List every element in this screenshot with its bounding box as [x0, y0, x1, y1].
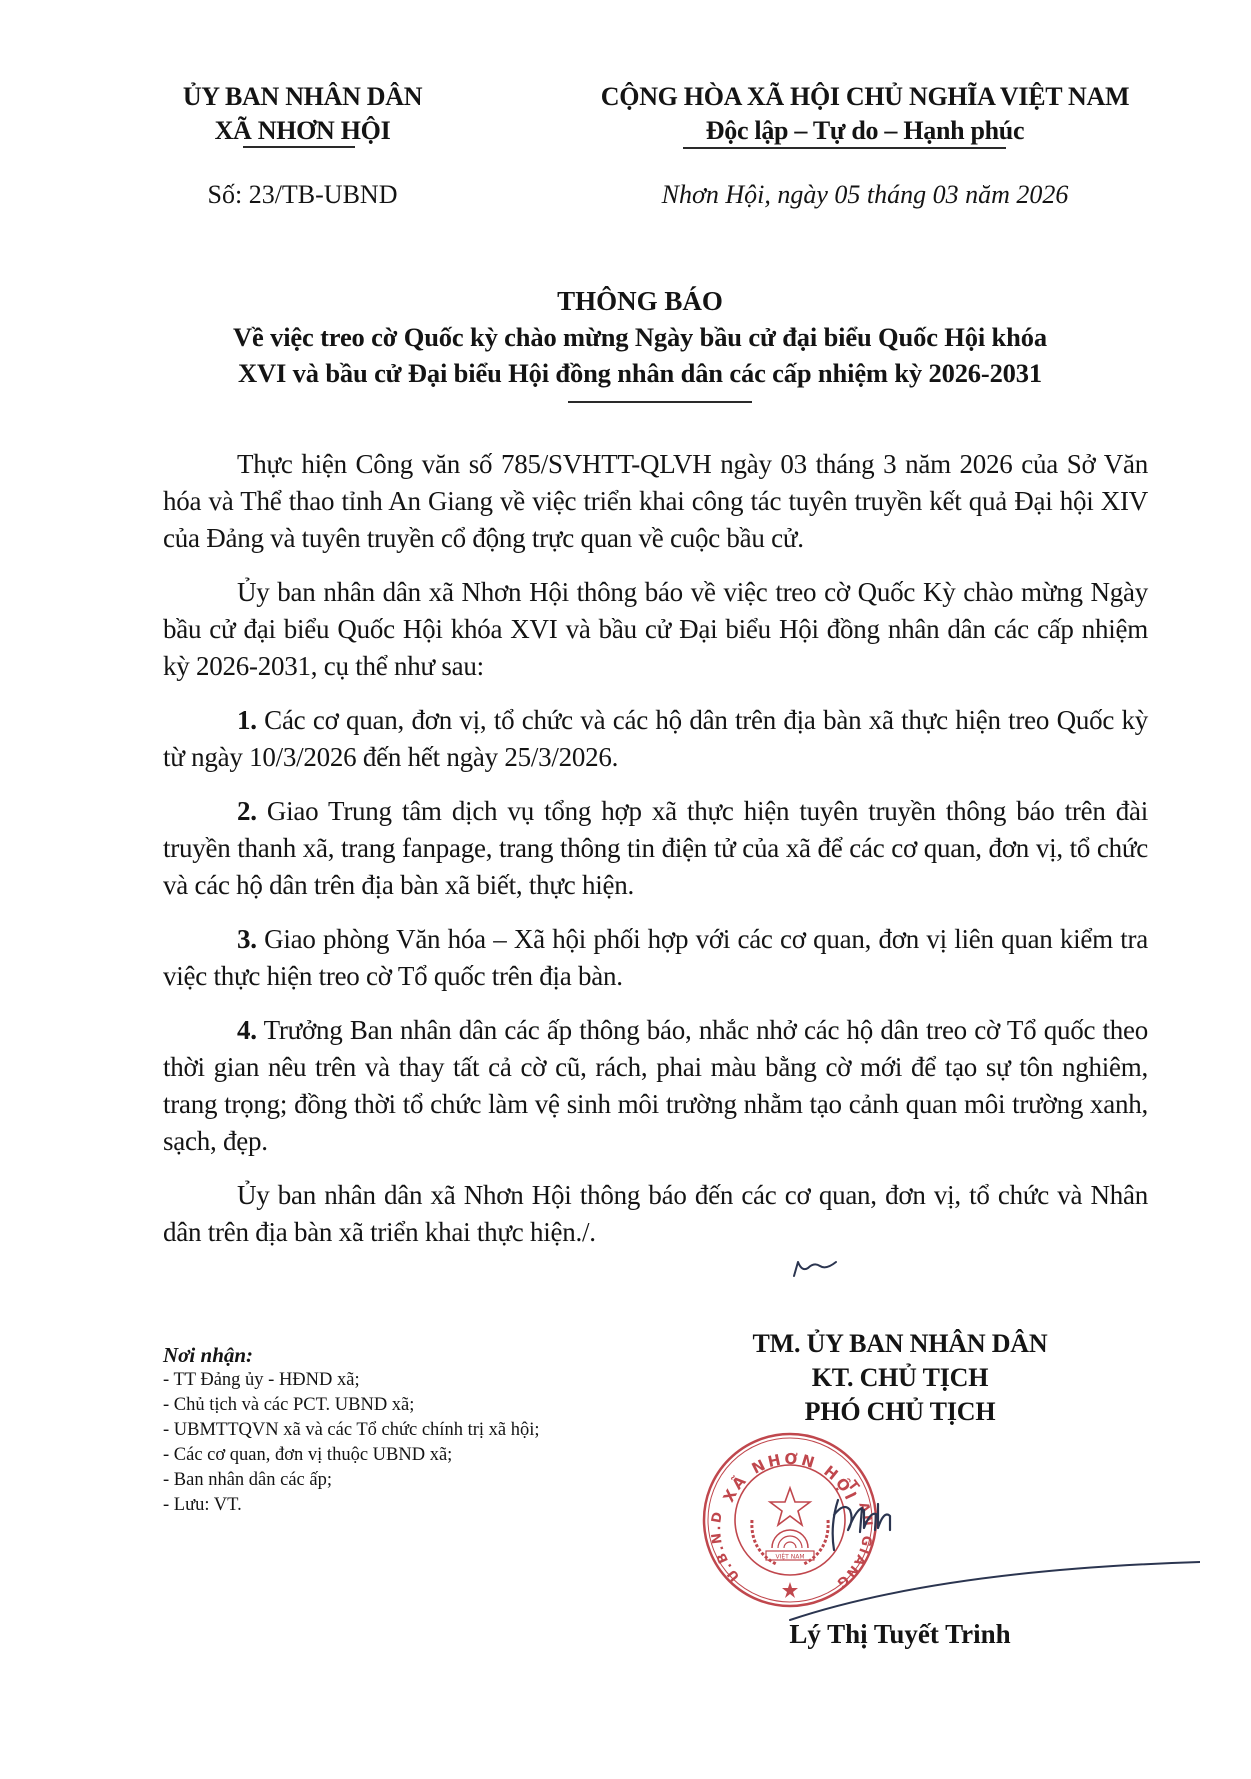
recipient-item: - Các cơ quan, đơn vị thuộc UBND xã; [163, 1443, 633, 1468]
recipient-item: - Chủ tịch và các PCT. UBND xã; [163, 1393, 633, 1418]
title-underline [568, 401, 752, 403]
item-2: 2. Giao Trung tâm dịch vụ tổng hợp xã th… [163, 793, 1148, 904]
item-1: 1. Các cơ quan, đơn vị, tổ chức và các h… [163, 702, 1148, 776]
issuing-authority: ỦY BAN NHÂN DÂN XÃ NHƠN HỘI [140, 80, 465, 148]
national-motto: Độc lập – Tự do – Hạnh phúc [520, 114, 1210, 148]
title-main: THÔNG BÁO [140, 283, 1140, 319]
national-title: CỘNG HÒA XÃ HỘI CHỦ NGHĨA VIỆT NAM [520, 80, 1210, 114]
initial-mark-icon [792, 1256, 838, 1280]
item-3-number: 3. [237, 924, 257, 954]
item-3-text: Giao phòng Văn hóa – Xã hội phối hợp với… [163, 924, 1148, 991]
title-subject-line2: XVI và bầu cử Đại biểu Hội đồng nhân dân… [140, 355, 1140, 391]
item-2-text: Giao Trung tâm dịch vụ tổng hợp xã thực … [163, 796, 1148, 900]
signer-name: Lý Thị Tuyết Trinh [690, 1617, 1110, 1651]
closing-paragraph: Ủy ban nhân dân xã Nhơn Hội thông báo đế… [163, 1177, 1148, 1251]
intro-paragraph-1: Thực hiện Công văn số 785/SVHTT-QLVH ngà… [163, 446, 1148, 557]
item-4-text: Trưởng Ban nhân dân các ấp thông báo, nh… [163, 1015, 1148, 1156]
document-title: THÔNG BÁO Về việc treo cờ Quốc kỳ chào m… [140, 283, 1140, 391]
recipient-item: - Ban nhân dân các ấp; [163, 1468, 633, 1493]
title-subject-line1: Về việc treo cờ Quốc kỳ chào mừng Ngày b… [140, 319, 1140, 355]
recipient-item: - TT Đảng ủy - HĐND xã; [163, 1368, 633, 1393]
item-3: 3. Giao phòng Văn hóa – Xã hội phối hợp … [163, 921, 1148, 995]
signature-line2: KT. CHỦ TỊCH [690, 1361, 1110, 1395]
recipient-item: - Lưu: VT. [163, 1493, 633, 1518]
authority-line1: ỦY BAN NHÂN DÂN [140, 80, 465, 114]
national-heading: CỘNG HÒA XÃ HỘI CHỦ NGHĨA VIỆT NAM Độc l… [520, 80, 1210, 148]
signature-line1: TM. ỦY BAN NHÂN DÂN [690, 1327, 1110, 1361]
intro-paragraph-2: Ủy ban nhân dân xã Nhơn Hội thông báo về… [163, 574, 1148, 685]
item-4-number: 4. [237, 1015, 257, 1045]
item-4: 4. Trưởng Ban nhân dân các ấp thông báo,… [163, 1012, 1148, 1160]
motto-underline [683, 147, 1006, 149]
svg-text:U.B.N.D: U.B.N.D [709, 1509, 743, 1584]
document-body: Thực hiện Công văn số 785/SVHTT-QLVH ngà… [163, 446, 1148, 1268]
recipients-title: Nơi nhận: [163, 1342, 633, 1368]
signature-block: TM. ỦY BAN NHÂN DÂN KT. CHỦ TỊCH PHÓ CHỦ… [690, 1327, 1110, 1429]
recipient-item: - UBMTTQVN xã và các Tổ chức chính trị x… [163, 1418, 633, 1443]
item-1-text: Các cơ quan, đơn vị, tổ chức và các hộ d… [163, 705, 1148, 772]
item-2-number: 2. [237, 796, 257, 826]
item-1-number: 1. [237, 705, 257, 735]
document-number: Số: 23/TB-UBND [140, 178, 465, 212]
document-date: Nhơn Hội, ngày 05 tháng 03 năm 2026 [520, 178, 1210, 212]
recipients-list: Nơi nhận: - TT Đảng ủy - HĐND xã; - Chủ … [163, 1342, 633, 1518]
authority-line2: XÃ NHƠN HỘI [140, 114, 465, 148]
signature-line3: PHÓ CHỦ TỊCH [690, 1395, 1110, 1429]
handwritten-signature-icon [760, 1470, 1200, 1640]
authority-underline [243, 146, 355, 148]
